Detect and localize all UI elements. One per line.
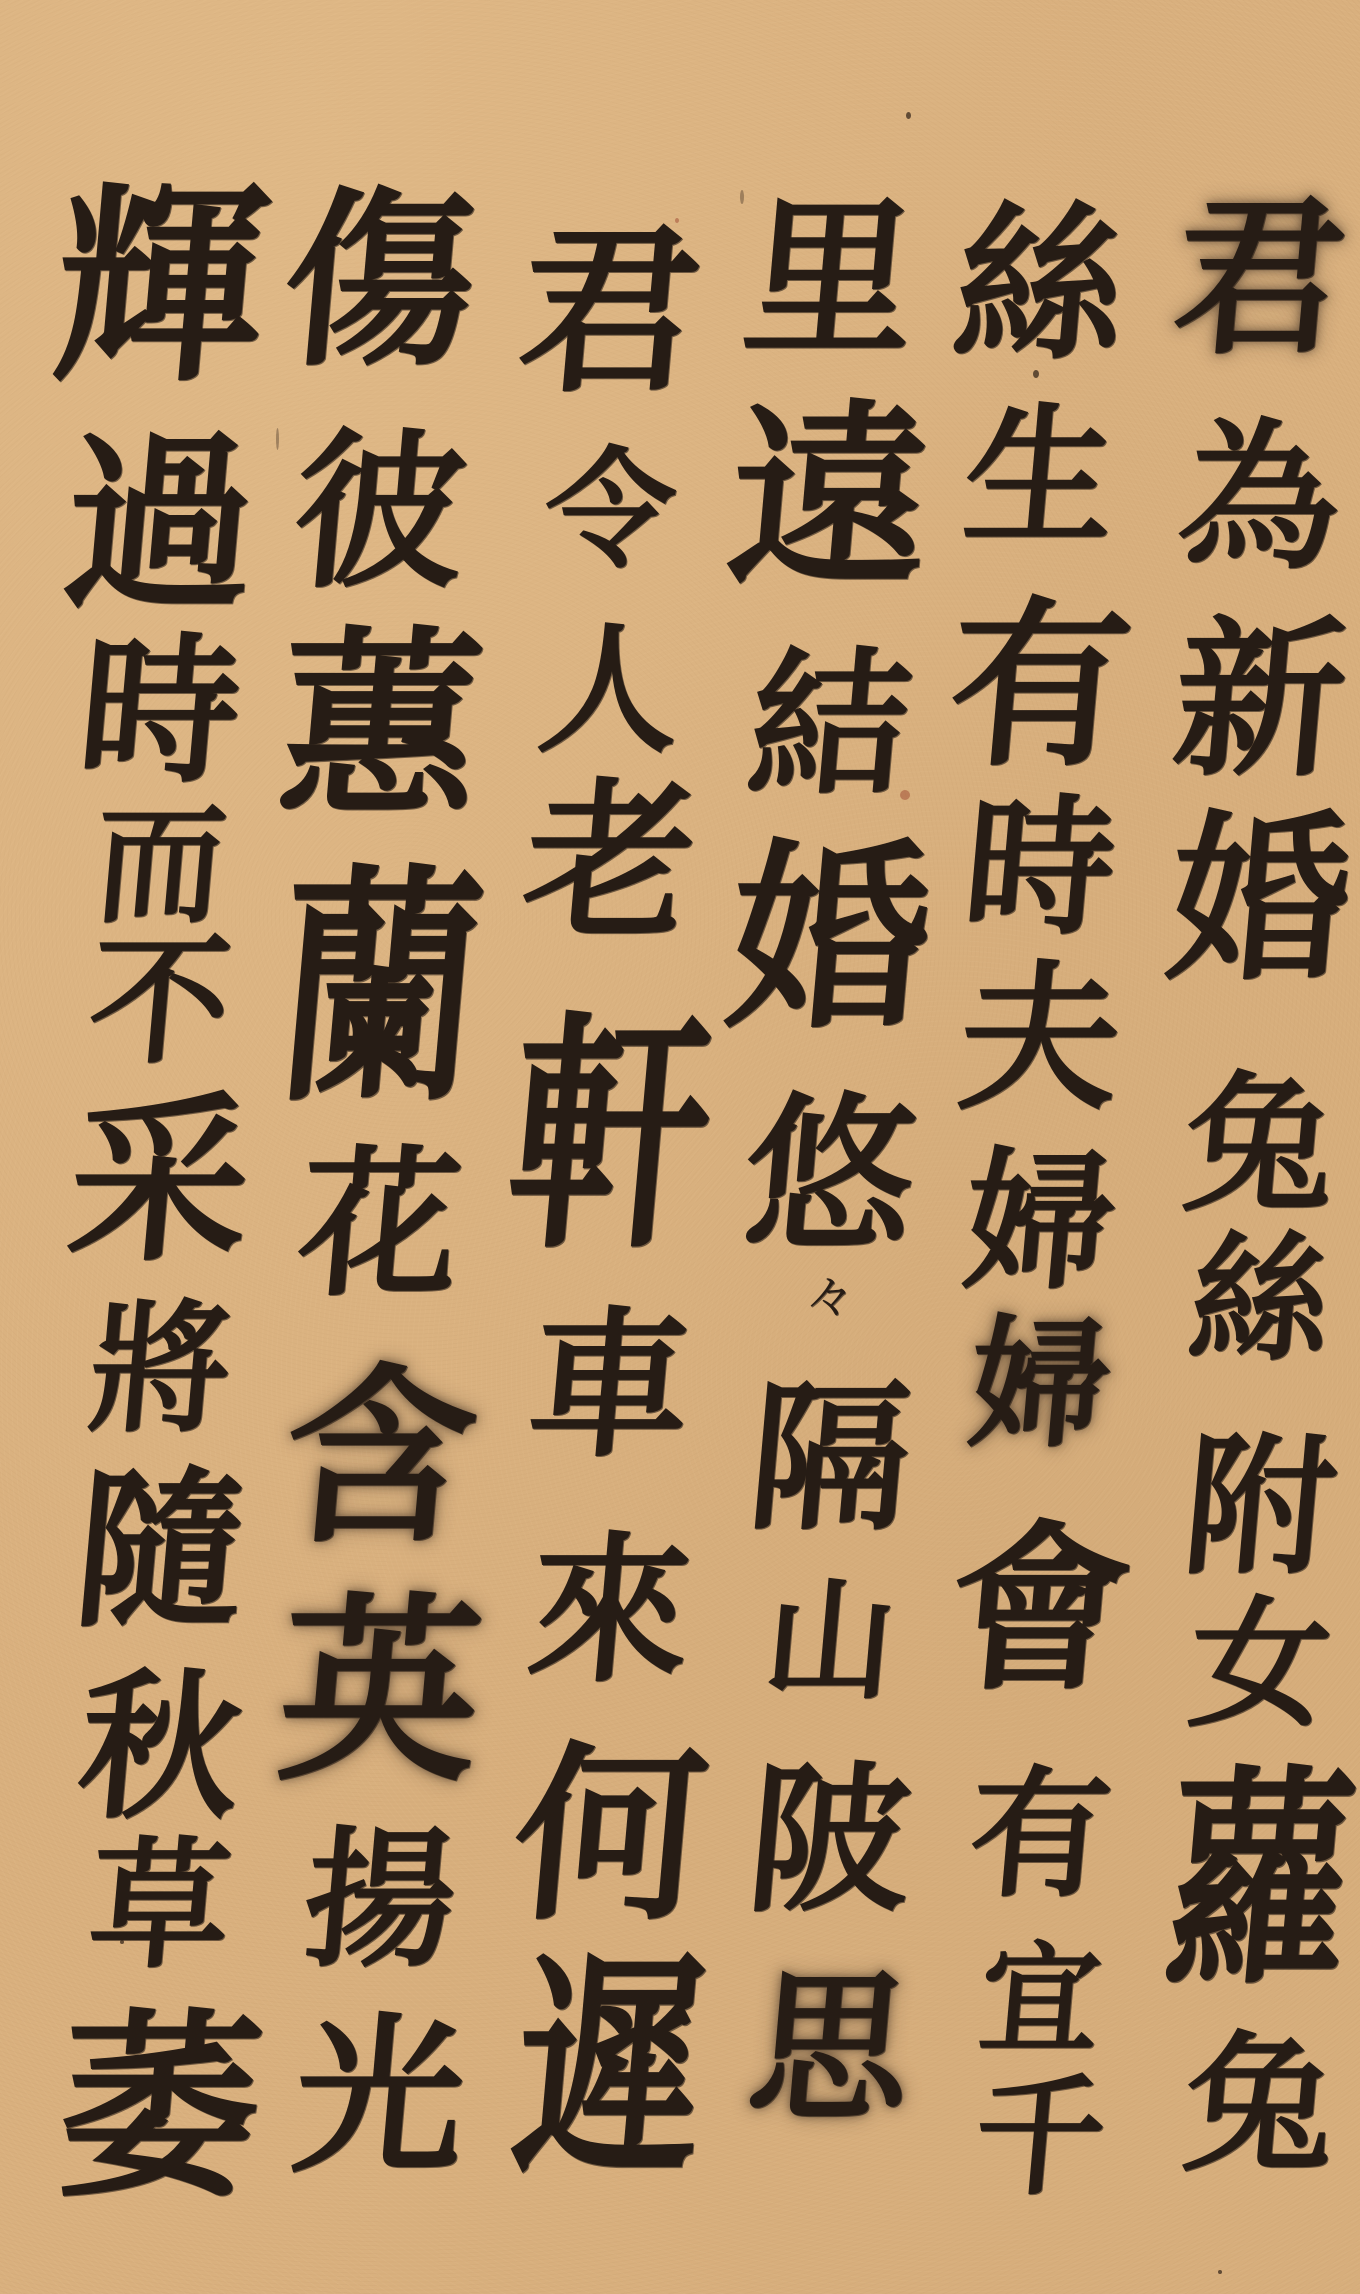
calligraphy-character: 蕙 — [261, 626, 498, 826]
calligraphy-character: 而 — [44, 800, 275, 930]
calligraphy-character: 婚 — [711, 839, 948, 1039]
calligraphy-character: 里 — [713, 194, 948, 364]
calligraphy-character: 萎 — [41, 2008, 278, 2208]
calligraphy-character: 蘿 — [1140, 1764, 1360, 1995]
calligraphy-character: 遲 — [490, 1951, 731, 2189]
calligraphy-character: 君 — [1143, 193, 1360, 363]
calligraphy-character: 遠 — [711, 399, 948, 599]
calligraphy-character: 來 — [493, 1530, 727, 1690]
calligraphy-character: 花 — [263, 1144, 497, 1304]
calligraphy-character: 絲 — [923, 200, 1158, 370]
calligraphy-character: 草 — [44, 1836, 276, 1976]
calligraphy-character: 采 — [42, 1091, 278, 1271]
calligraphy-character: 悠 — [713, 1091, 948, 1261]
calligraphy-character: 婚 — [1142, 810, 1360, 990]
calligraphy-character: 過 — [42, 429, 279, 619]
calligraphy-character: 夫 — [923, 958, 1157, 1118]
calligraphy-character: 車 — [493, 1305, 727, 1465]
calligraphy-character: 會 — [922, 1520, 1158, 1700]
calligraphy-character: 老 — [493, 777, 728, 947]
calligraphy-column-5: 傷 彼 蕙 蘭 花 含 英 揚 光 — [270, 0, 490, 2294]
calligraphy-character: 含 — [262, 1362, 499, 1552]
calligraphy-character: 結 — [713, 645, 947, 805]
calligraphy-character: 將 — [44, 1300, 276, 1440]
calligraphy-character: 千 — [924, 2072, 1155, 2202]
calligraphy-character: 婦 — [923, 1147, 1156, 1297]
calligraphy-column-2: 絲 生 有 時 夫 婦 婦 會 有 宜 千 — [930, 0, 1150, 2294]
calligraphy-character: 生 — [923, 402, 1156, 552]
calligraphy-character: 新 — [1143, 615, 1360, 785]
calligraphy-character: 秋 — [43, 1667, 277, 1827]
calligraphy-character: 女 — [1144, 1595, 1360, 1735]
calligraphy-character: 時 — [923, 793, 1156, 943]
calligraphy-character: 陂 — [713, 1760, 947, 1920]
calligraphy-column-3: 里 遠 結 婚 悠 々 隔 山 陂 思 — [720, 0, 940, 2294]
calligraphy-character: 附 — [1143, 1432, 1360, 1582]
calligraphy-character: 有 — [922, 596, 1158, 776]
calligraphy-character: 彼 — [263, 427, 498, 597]
calligraphy-character: 揚 — [263, 1825, 496, 1975]
calligraphy-character: 婦 — [924, 1315, 1156, 1455]
calligraphy-column-1: 君 為 新 婚 兔 絲 附 女 蘿 兔 — [1150, 0, 1360, 2294]
calligraphy-character: 傷 — [262, 186, 499, 376]
calligraphy-character: 宜 — [925, 1940, 1155, 2060]
calligraphy-character: 令 — [494, 445, 725, 575]
calligraphy-column-4: 君 令 人 老 軒 車 來 何 遲 — [500, 0, 720, 2294]
repetition-mark: 々 — [718, 1272, 942, 1322]
calligraphy-character: 思 — [713, 1968, 947, 2128]
calligraphy-character: 英 — [261, 1592, 498, 1792]
calligraphy-character: 為 — [1143, 417, 1360, 577]
calligraphy-character: 君 — [492, 222, 728, 402]
calligraphy-character: 人 — [494, 621, 726, 761]
calligraphy-column-6: 輝 過 時 而 不 采 將 隨 秋 草 萎 — [50, 0, 270, 2294]
calligraphy-character: 兔 — [1143, 1070, 1360, 1220]
calligraphy-character: 輝 — [41, 182, 279, 392]
calligraphy-character: 何 — [492, 1740, 729, 1930]
calligraphy-character: 蘭 — [259, 865, 501, 1115]
calligraphy-character: 隨 — [43, 1465, 278, 1635]
calligraphy-character: 光 — [263, 2012, 498, 2182]
calligraphy-character: 絲 — [1144, 1230, 1360, 1370]
calligraphy-character: 有 — [924, 1765, 1156, 1905]
calligraphy-character: 不 — [44, 932, 276, 1072]
calligraphy-character: 時 — [43, 631, 277, 791]
calligraphy-character: 山 — [714, 1576, 945, 1706]
calligraphy-character: 兔 — [1143, 2030, 1360, 2180]
calligraphy-character: 隔 — [713, 1378, 947, 1538]
calligraphy-character: 軒 — [489, 1012, 731, 1262]
